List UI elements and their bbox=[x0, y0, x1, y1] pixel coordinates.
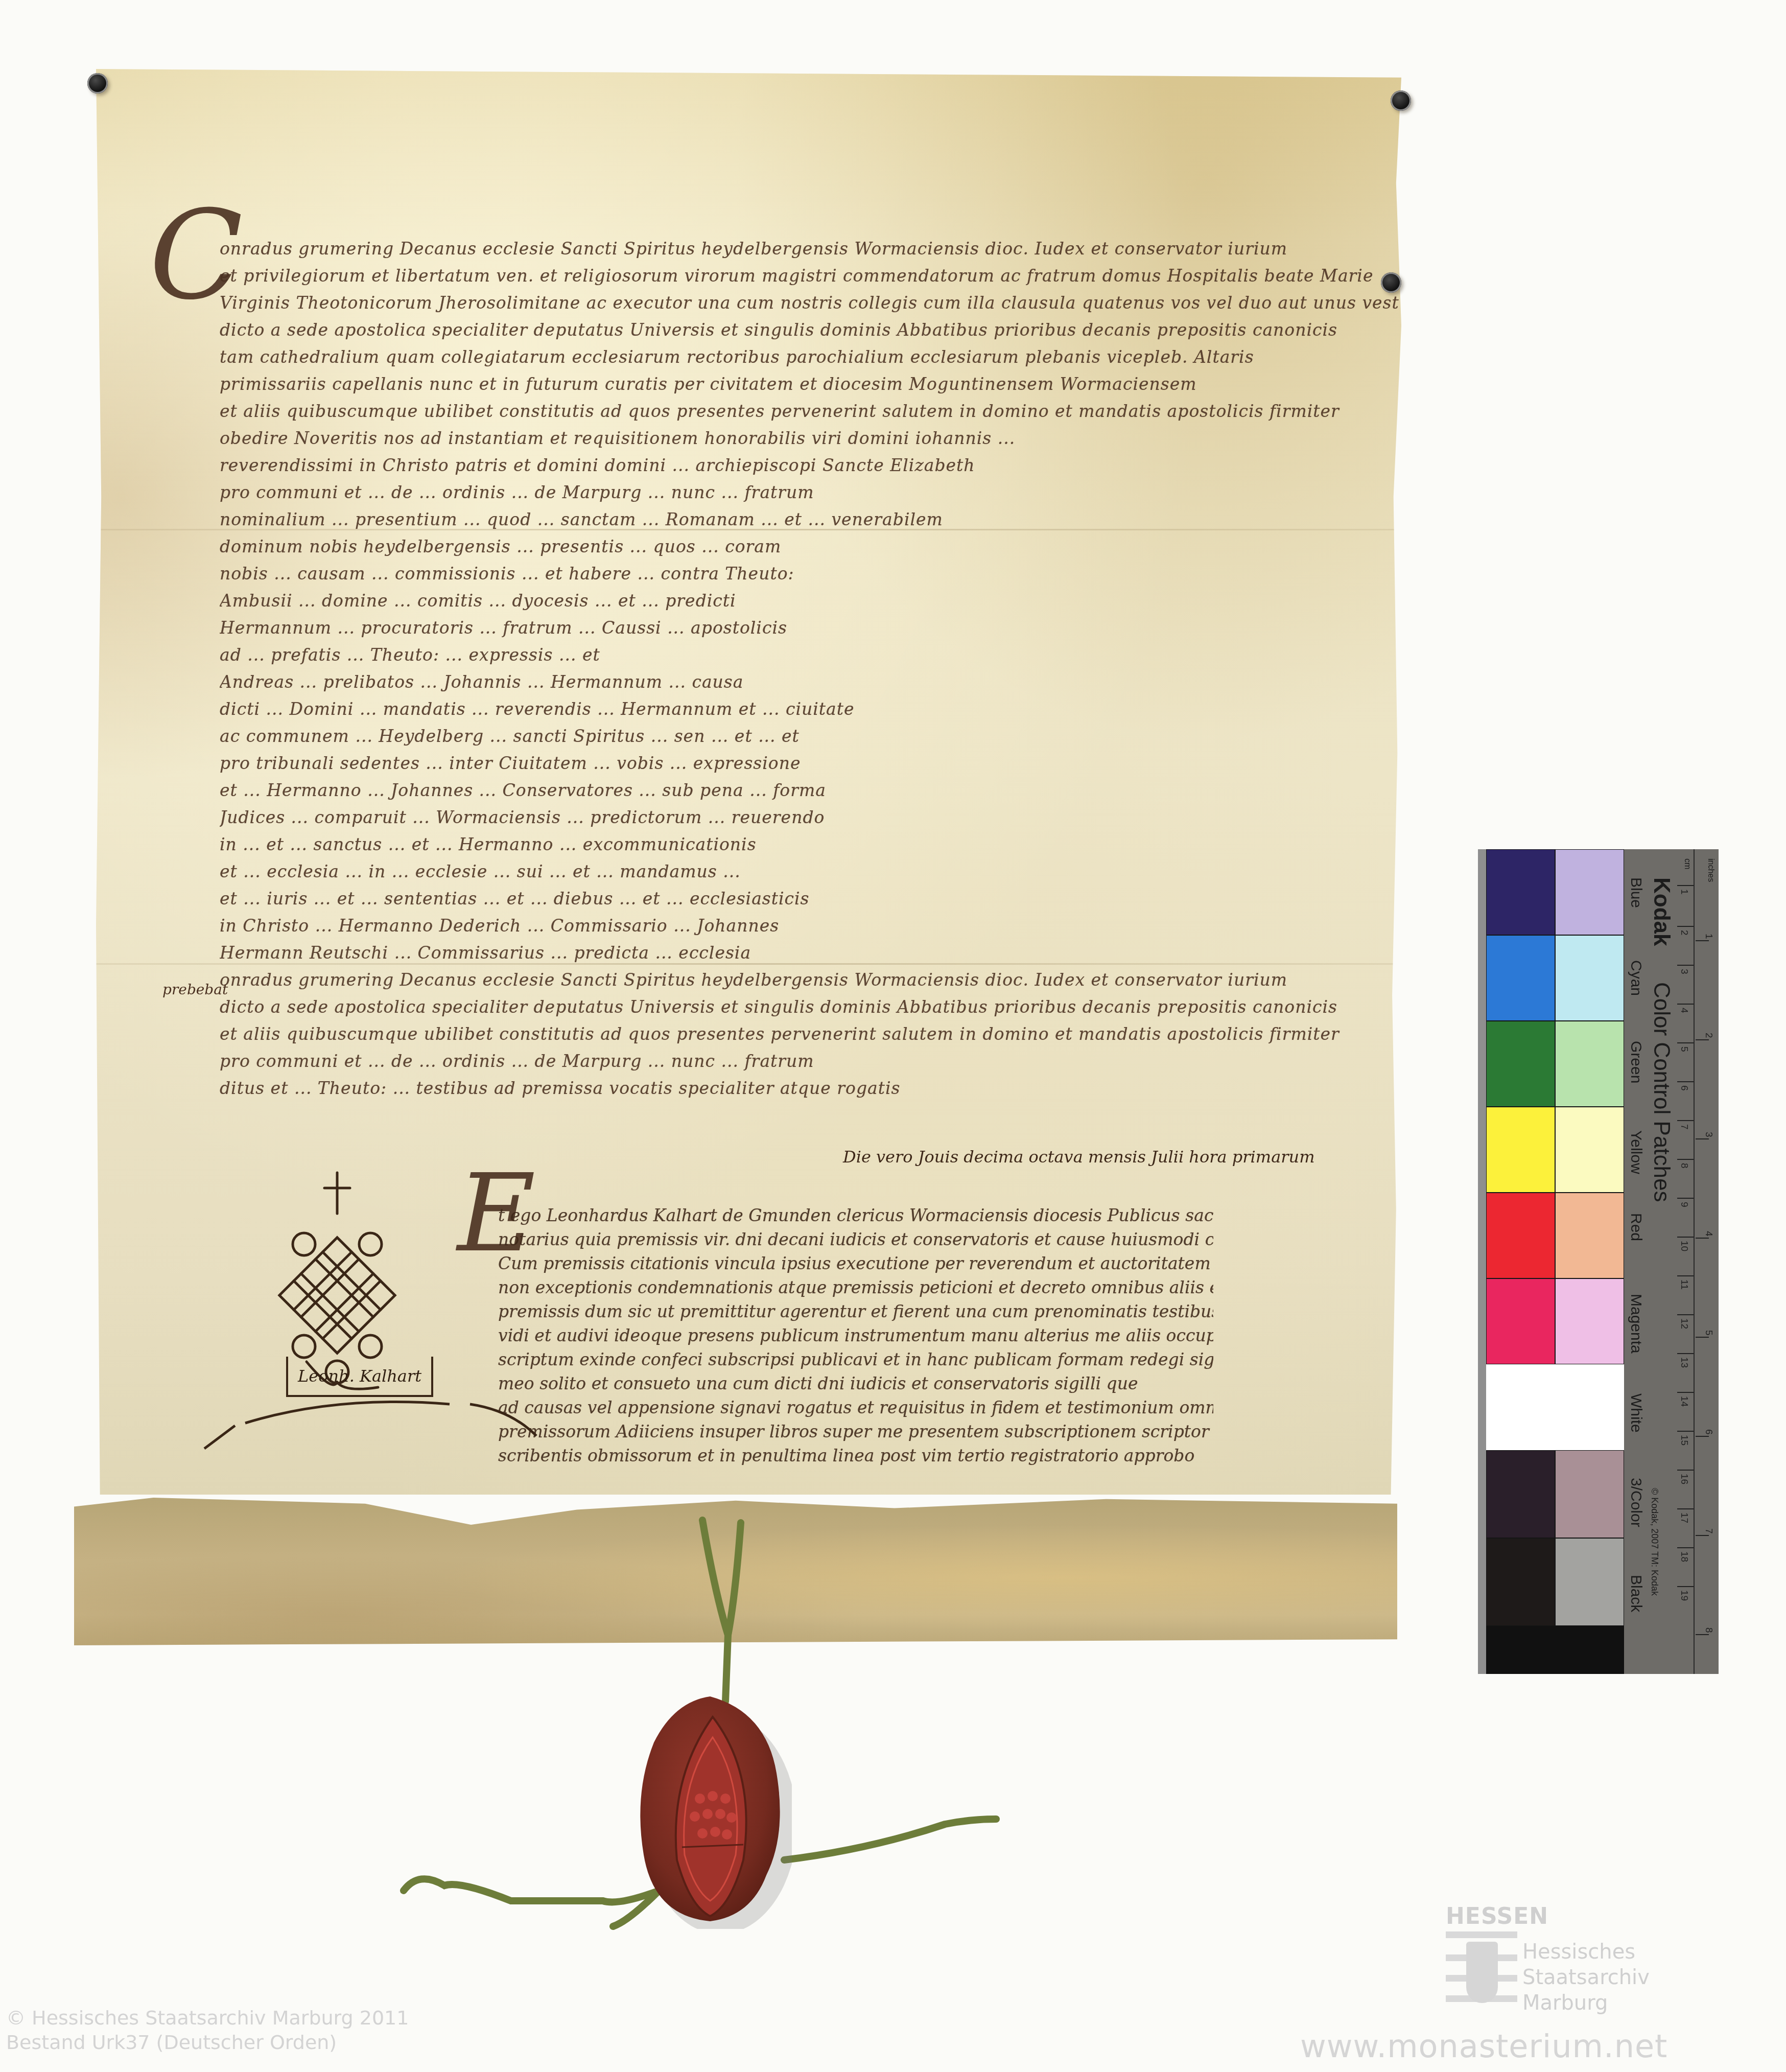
text-line: ditus et ... Theuto: ... testibus ad pre… bbox=[220, 1075, 1400, 1102]
ruler-unit-inches: inches bbox=[1706, 858, 1715, 882]
text-line: et ... Hermanno ... Johannes ... Conserv… bbox=[220, 777, 1400, 804]
text-line: dicto a sede apostolica specialiter depu… bbox=[220, 993, 1400, 1020]
text-line: Hermannum ... procuratoris ... fratrum .… bbox=[220, 614, 1400, 641]
text-line: obedire Noveritis nos ad instantiam et r… bbox=[220, 425, 1400, 452]
patch-label-3color: 3/Color bbox=[1627, 1478, 1644, 1527]
archive-name-line: Marburg bbox=[1522, 1990, 1650, 2016]
ruler-inch-7: 7 bbox=[1703, 1528, 1714, 1534]
patch-green-light bbox=[1555, 1021, 1624, 1107]
text-line: ad causas vel appensione signavi rogatus… bbox=[498, 1395, 1213, 1419]
ruler-cm-4: 4 bbox=[1678, 1008, 1689, 1013]
patch-cyan-light bbox=[1555, 935, 1624, 1021]
text-line: Andreas ... prelibatos ... Johannis ... … bbox=[220, 668, 1400, 695]
text-line: pro communi et ... de ... ordinis ... de… bbox=[220, 1047, 1400, 1075]
text-line: in Christo ... Hermanno Dederich ... Com… bbox=[220, 912, 1400, 939]
notary-flourish bbox=[184, 1390, 542, 1451]
mounting-pin-top-right bbox=[1391, 90, 1411, 111]
copyright-line: © Hessisches Staatsarchiv Marburg 2011 bbox=[6, 2006, 409, 2030]
text-line: dicti ... Domini ... mandatis ... revere… bbox=[220, 695, 1400, 723]
patch-magenta-dark bbox=[1486, 1278, 1555, 1364]
patch-yellow-light bbox=[1555, 1107, 1624, 1193]
text-line: non exceptionis condemnationis atque pre… bbox=[498, 1275, 1213, 1299]
patch-black-dark bbox=[1486, 1538, 1555, 1626]
mounting-pin-top-left bbox=[87, 73, 108, 94]
archive-name: Hessisches Staatsarchiv Marburg bbox=[1522, 1939, 1650, 2016]
kodak-brand: Kodak bbox=[1649, 877, 1674, 946]
text-line: onradus grumering Decanus ecclesie Sanct… bbox=[220, 966, 1400, 993]
margin-note: prebebat bbox=[162, 981, 228, 998]
patch-blue-light bbox=[1555, 849, 1624, 935]
patch-magenta-light bbox=[1555, 1278, 1624, 1364]
patch-black-light bbox=[1555, 1538, 1624, 1626]
ruler-inch-2: 2 bbox=[1703, 1033, 1714, 1038]
ruler-inch-4: 4 bbox=[1703, 1231, 1714, 1237]
ruler-inch-6: 6 bbox=[1703, 1429, 1714, 1435]
patch-red-dark bbox=[1486, 1193, 1555, 1278]
text-line: premissis dum sic ut premittitur agerent… bbox=[498, 1299, 1213, 1323]
kodak-copyright: © Kodak, 2007 TM: Kodak bbox=[1649, 1488, 1660, 1596]
ruler-cm-14: 14 bbox=[1678, 1396, 1689, 1407]
ruler-cm-11: 11 bbox=[1678, 1279, 1689, 1290]
patch-label-cyan: Cyan bbox=[1627, 960, 1644, 996]
date-clause: Die vero Jouis decima octava mensis Juli… bbox=[843, 1147, 1314, 1167]
text-line: notarius quia premissis vir. dni decani … bbox=[498, 1227, 1213, 1251]
hessen-lion-shield-icon bbox=[1466, 1942, 1498, 2003]
ruler-cm-1: 1 bbox=[1678, 889, 1689, 895]
patch-label-yellow: Yellow bbox=[1627, 1130, 1644, 1174]
text-line: premissorum Adiiciens insuper libros sup… bbox=[498, 1419, 1213, 1444]
chart-ruler-strip: Blue Cyan Green Yellow Red Magenta White… bbox=[1624, 849, 1719, 1674]
text-line: Hermann Reutschi ... Commissarius ... pr… bbox=[220, 939, 1400, 966]
patch-3color-light bbox=[1555, 1450, 1624, 1538]
ruler-cm-5: 5 bbox=[1678, 1046, 1689, 1052]
ruler-inch-1: 1 bbox=[1703, 934, 1714, 939]
text-line: et ... ecclesia ... in ... ecclesie ... … bbox=[220, 858, 1400, 885]
ruler-divider bbox=[1694, 849, 1695, 1674]
text-line: Judices ... comparuit ... Wormaciensis .… bbox=[220, 804, 1400, 831]
text-line: dicto a sede apostolica specialiter depu… bbox=[220, 316, 1400, 343]
ruler-cm-10: 10 bbox=[1678, 1241, 1689, 1251]
patch-green-dark bbox=[1486, 1021, 1555, 1107]
patch-label-white: White bbox=[1627, 1393, 1644, 1433]
text-line: et aliis quibuscumque ubilibet constitut… bbox=[220, 1020, 1400, 1047]
plica-fold bbox=[74, 1495, 1397, 1645]
text-line: primissariis capellanis nunc et in futur… bbox=[220, 370, 1400, 398]
text-line: et privilegiorum et libertatum ven. et r… bbox=[220, 262, 1400, 289]
ruler-inch-8: 8 bbox=[1703, 1627, 1714, 1633]
ruler-cm-15: 15 bbox=[1678, 1435, 1689, 1446]
text-line: Cum premissis citationis vincula ipsius … bbox=[498, 1251, 1213, 1275]
ruler-cm-13: 13 bbox=[1678, 1357, 1689, 1368]
color-patch-grid bbox=[1486, 849, 1624, 1674]
text-line: nominalium ... presentium ... quod ... s… bbox=[220, 506, 1400, 533]
text-line: tam cathedralium quam collegiatarum eccl… bbox=[220, 343, 1400, 370]
text-line: t ego Leonhardus Kalhart de Gmunden cler… bbox=[498, 1203, 1213, 1227]
patch-label-red: Red bbox=[1627, 1213, 1644, 1241]
chart-title: Color Control Patches bbox=[1649, 982, 1674, 1202]
patch-3color-dark bbox=[1486, 1450, 1555, 1538]
charter-body-text: onradus grumering Decanus ecclesie Sanct… bbox=[220, 235, 1400, 1102]
logo-stripe bbox=[1446, 1931, 1517, 1938]
text-line: scriptum exinde confeci subscripsi publi… bbox=[498, 1347, 1213, 1371]
hessen-archive-logo: HESSEN Hessisches Staatsarchiv Marburg bbox=[1446, 1903, 1660, 2011]
archive-name-line: Hessisches bbox=[1522, 1939, 1650, 1965]
text-line: meo solito et consueto una cum dicti dni… bbox=[498, 1371, 1213, 1395]
kodak-color-control-chart: Blue Cyan Green Yellow Red Magenta White… bbox=[1478, 849, 1719, 1674]
ruler-cm-17: 17 bbox=[1678, 1512, 1689, 1523]
patch-white bbox=[1486, 1364, 1624, 1450]
wax-seal bbox=[633, 1691, 792, 1929]
text-line: Ambusii ... domine ... comitis ... dyoce… bbox=[220, 587, 1400, 614]
copyright-watermark: © Hessisches Staatsarchiv Marburg 2011 B… bbox=[6, 2006, 409, 2055]
patch-label-black: Black bbox=[1627, 1575, 1644, 1612]
ruler-cm-8: 8 bbox=[1678, 1163, 1689, 1169]
patch-cyan-dark bbox=[1486, 935, 1555, 1021]
ruler-cm-12: 12 bbox=[1678, 1318, 1689, 1329]
ruler-unit-cm: cm bbox=[1682, 858, 1691, 869]
text-line: dominum nobis heydelbergensis ... presen… bbox=[220, 533, 1400, 560]
patch-label-green: Green bbox=[1627, 1041, 1644, 1083]
text-line: Virginis Theotonicorum Jherosolimitane a… bbox=[220, 289, 1400, 316]
notarial-subscription: t ego Leonhardus Kalhart de Gmunden cler… bbox=[498, 1203, 1213, 1468]
patch-blue-dark bbox=[1486, 849, 1555, 935]
collection-line: Bestand Urk37 (Deutscher Orden) bbox=[6, 2030, 409, 2055]
text-line: pro communi et ... de ... ordinis ... de… bbox=[220, 479, 1400, 506]
text-line: in ... et ... sanctus ... et ... Hermann… bbox=[220, 831, 1400, 858]
ruler-cm-19: 19 bbox=[1678, 1590, 1689, 1601]
ruler-inch-5: 5 bbox=[1703, 1330, 1714, 1336]
ruler-cm-7: 7 bbox=[1678, 1124, 1689, 1130]
text-line: et aliis quibuscumque ubilibet constitut… bbox=[220, 398, 1400, 425]
patch-yellow-dark bbox=[1486, 1107, 1555, 1193]
text-line: ad ... prefatis ... Theuto: ... expressi… bbox=[220, 641, 1400, 668]
text-line: pro tribunali sedentes ... inter Ciuitat… bbox=[220, 750, 1400, 777]
ruler-cm-18: 18 bbox=[1678, 1551, 1689, 1562]
ruler-cm-6: 6 bbox=[1678, 1085, 1689, 1091]
patch-red-light bbox=[1555, 1193, 1624, 1278]
text-line: nobis ... causam ... commissionis ... et… bbox=[220, 560, 1400, 587]
patch-label-blue: Blue bbox=[1627, 877, 1644, 908]
text-line: et ... iuris ... et ... sententias ... e… bbox=[220, 885, 1400, 912]
website-watermark: www.monasterium.net bbox=[1300, 2028, 1667, 2065]
text-line: reverendissimi in Christo patris et domi… bbox=[220, 452, 1400, 479]
ruler-cm-3: 3 bbox=[1678, 969, 1689, 974]
ruler-cm-9: 9 bbox=[1678, 1202, 1689, 1207]
text-line: ac communem ... Heydelberg ... sancti Sp… bbox=[220, 723, 1400, 750]
ruler-cm-16: 16 bbox=[1678, 1474, 1689, 1484]
hessen-wordmark: HESSEN bbox=[1446, 1903, 1548, 1929]
patch-label-magenta: Magenta bbox=[1627, 1294, 1644, 1354]
ruler-inch-3: 3 bbox=[1703, 1132, 1714, 1137]
text-line: scribentis obmissorum et in penultima li… bbox=[498, 1444, 1213, 1468]
text-line: onradus grumering Decanus ecclesie Sanct… bbox=[220, 235, 1400, 262]
archive-name-line: Staatsarchiv bbox=[1522, 1965, 1650, 1990]
text-line: vidi et audivi ideoque presens publicum … bbox=[498, 1323, 1213, 1347]
ruler-cm-2: 2 bbox=[1678, 930, 1689, 936]
